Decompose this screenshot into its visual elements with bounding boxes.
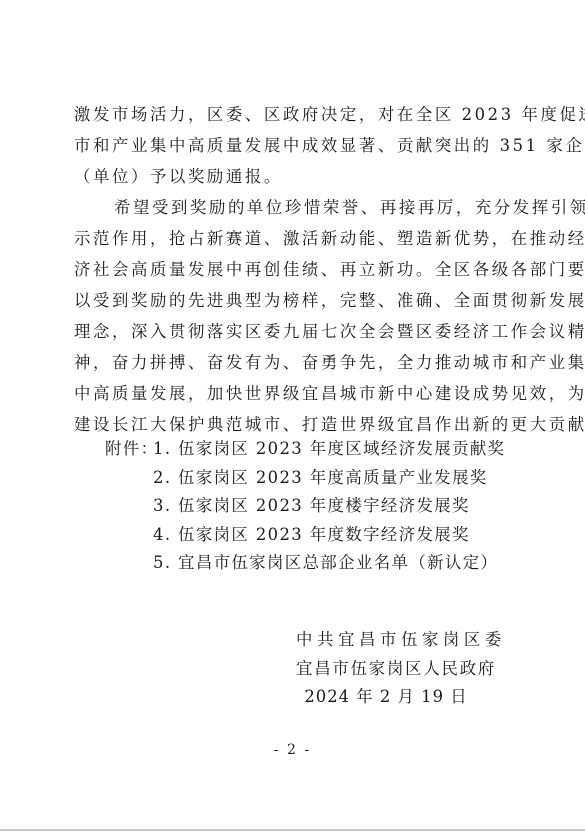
body-line: 市和产业集中高质量发展中成效显著、贡献突出的 351 家企业 — [74, 130, 500, 161]
body-paragraphs: 激发市场活力，区委、区政府决定，对在全区 2023 年度促进城 市和产业集中高质… — [74, 99, 500, 440]
signature-org-government: 宜昌市伍家岗区人民政府 — [296, 655, 476, 684]
signature-block: 中共宜昌市伍家岗区委 宜昌市伍家岗区人民政府 2024 年 2 月 19 日 — [296, 626, 476, 712]
body-line: 济社会高质量发展中再创佳绩、再立新功。全区各级各部门要 — [74, 254, 500, 285]
signature-date: 2024 年 2 月 19 日 — [296, 683, 476, 712]
document-page: 激发市场活力，区委、区政府决定，对在全区 2023 年度促进城 市和产业集中高质… — [0, 0, 585, 829]
body-line: 中高质量发展，加快世界级宜昌城市新中心建设成势见效，为 — [74, 378, 500, 409]
attachment-item: 2. 伍家岗区 2023 年度高质量产业发展奖 — [153, 464, 488, 493]
body-line: 示范作用，抢占新赛道、激活新动能、塑造新优势，在推动经 — [74, 223, 500, 254]
page-number: - 2 - — [0, 742, 585, 758]
body-line: 希望受到奖励的单位珍惜荣誉、再接再厉，充分发挥引领 — [74, 192, 500, 223]
body-line: 神，奋力拼搏、奋发有为、奋勇争先，全力推动城市和产业集 — [74, 347, 500, 378]
body-line: 理念，深入贯彻落实区委九届七次全会暨区委经济工作会议精 — [74, 316, 500, 347]
attachment-item: 4. 伍家岗区 2023 年度数字经济发展奖 — [153, 521, 470, 550]
attachment-item: 1. 伍家岗区 2023 年度区域经济发展贡献奖 — [153, 435, 505, 464]
body-line: 以受到奖励的先进典型为榜样，完整、准确、全面贯彻新发展 — [74, 285, 500, 316]
body-line: 激发市场活力，区委、区政府决定，对在全区 2023 年度促进城 — [74, 99, 500, 130]
body-line: （单位）予以奖励通报。 — [74, 161, 500, 192]
signature-org-party-committee: 中共宜昌市伍家岗区委 — [296, 626, 476, 655]
attachments-list: 附件： 1. 伍家岗区 2023 年度区域经济发展贡献奖 2. 伍家岗区 202… — [105, 435, 505, 578]
attachments-label: 附件： — [105, 435, 153, 464]
attachment-item: 5. 宜昌市伍家岗区总部企业名单（新认定） — [153, 549, 498, 578]
attachment-item: 3. 伍家岗区 2023 年度楼宇经济发展奖 — [153, 492, 470, 521]
